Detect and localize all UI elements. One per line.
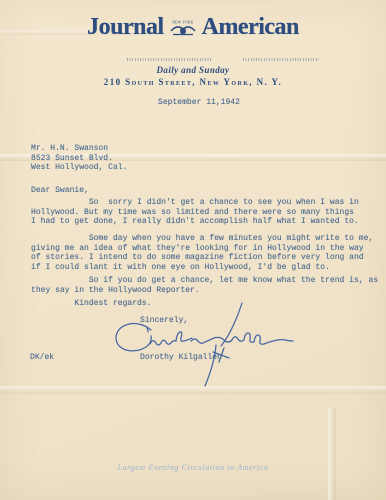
salutation: Dear Swanie,	[31, 186, 89, 196]
typist-initials: DK/ek	[30, 353, 54, 363]
letterhead: Journal NEW YORK American Daily and Sund…	[0, 14, 386, 41]
closing-line: Sincerely,	[140, 316, 188, 326]
body-paragraph-1: So sorry I didn't get a chance to see yo…	[31, 198, 359, 227]
masthead-journal: Journal	[87, 14, 164, 41]
letterhead-street-address: 210 South Street, New York, N. Y.	[0, 77, 386, 87]
horizontal-fold-crease-bottom	[0, 386, 386, 394]
masthead-microtext-left	[127, 58, 213, 61]
letter-page: Journal NEW YORK American Daily and Sund…	[0, 0, 386, 500]
masthead: Journal NEW YORK American	[0, 14, 386, 41]
regards-line: Kindest regards.	[31, 299, 152, 309]
letter-date: September 11,1942	[158, 98, 240, 108]
footer-slogan: Largest Evening Circulation in America	[0, 463, 386, 472]
masthead-american: American	[202, 14, 299, 41]
masthead-microtext-right	[243, 58, 319, 61]
new-york-eagle-emblem-icon: NEW YORK	[168, 19, 198, 38]
handwritten-signature	[103, 300, 307, 394]
letterhead-tagline: Daily and Sunday	[0, 65, 386, 75]
typed-signature-name: Dorothy Kilgallen	[140, 353, 222, 363]
svg-text:NEW YORK: NEW YORK	[172, 21, 194, 25]
body-paragraph-3: So if you do get a chance, let me know w…	[31, 276, 378, 295]
vertical-fold-crease	[328, 408, 336, 500]
recipient-address-block: Mr. H.N. Swanson 8523 Sunset Blvd. West …	[31, 144, 127, 173]
body-paragraph-2: Some day when you have a few minutes you…	[31, 234, 373, 272]
